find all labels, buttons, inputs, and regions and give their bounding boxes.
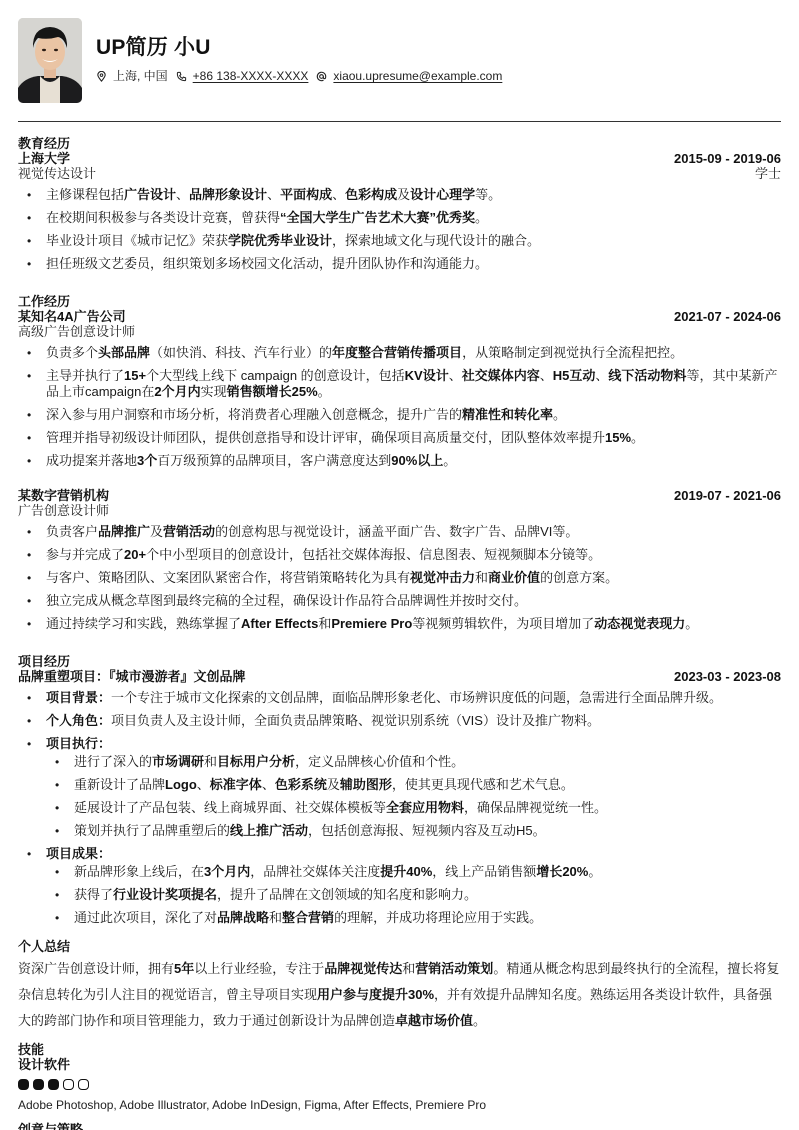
emphasis-text: 色彩构成: [345, 187, 397, 202]
text-run: 。: [685, 616, 698, 631]
project-name: 品牌重塑项目：『城市漫游者』文创品牌: [18, 669, 246, 684]
text-run: 获得了: [74, 887, 113, 902]
text-run: 、: [176, 187, 189, 202]
text-run: 。: [475, 210, 488, 225]
emphasis-text: 线上推广活动: [230, 823, 308, 838]
emphasis-text: 线下活动物料: [608, 368, 686, 383]
text-run: 等。: [475, 187, 501, 202]
header-divider: [18, 121, 781, 122]
summary-section: 个人总结 资深广告创意设计师，拥有5年以上行业经验，专注于品牌视觉传达和营销活动…: [18, 939, 781, 1034]
skill-group-name: 设计软件: [18, 1057, 781, 1072]
text-run: 、: [449, 368, 462, 383]
job-bullets: 负责多个头部品牌（如快消、科技、汽车行业）的年度整合营销传播项目，从策略制定到视…: [18, 345, 781, 469]
text-run: 。: [553, 407, 566, 422]
sub-bullet-item: 获得了行业设计奖项提名，提升了品牌在文创领域的知名度和影响力。: [46, 887, 781, 903]
company-name: 某数字营销机构: [18, 488, 109, 503]
candidate-name: UP简历 小U: [96, 35, 510, 61]
contact-location: 上海, 中国: [96, 68, 168, 84]
email-link[interactable]: xiaou.upresume@example.com: [333, 68, 502, 84]
text-run: 重新设计了品牌: [74, 777, 165, 792]
education-bullets: 主修课程包括广告设计、品牌形象设计、平面构成、色彩构成及设计心理学等。在校期间积…: [18, 187, 781, 272]
at-icon: [316, 71, 327, 82]
text-run: 及: [397, 187, 410, 202]
text-run: 。: [318, 384, 331, 399]
project-item-label: 项目成果：: [46, 846, 111, 861]
job-role: 高级广告创意设计师: [18, 324, 781, 339]
emphasis-text: “全国大学生广告艺术大赛”优秀奖: [280, 210, 475, 225]
emphasis-text: 90%以上: [391, 453, 443, 468]
school-name: 上海大学: [18, 151, 70, 166]
role-title: 广告创意设计师: [18, 503, 109, 518]
skill-list: Adobe Photoshop, Adobe Illustrator, Adob…: [18, 1097, 781, 1113]
emphasis-text: 标准字体: [210, 777, 262, 792]
contact-row: 上海, 中国 +86 138-XXXX-XXXX xiaou.upresume@…: [96, 68, 510, 84]
work-section: 工作经历 某知名4A广告公司 2021-07 - 2024-06 高级广告创意设…: [18, 294, 781, 476]
emphasis-text: 广告设计: [124, 187, 176, 202]
emphasis-text: 销售额增长25%: [227, 384, 318, 399]
bullet-item: 在校期间积极参与各类设计竞赛，曾获得“全国大学生广告艺术大赛”优秀奖。: [18, 210, 781, 226]
emphasis-text: H5互动: [553, 368, 596, 383]
text-run: 通过此次项目，深化了对: [74, 910, 217, 925]
education-entry-head: 上海大学 2015-09 - 2019-06: [18, 151, 781, 166]
text-run: 独立完成从概念草图到最终完稿的全过程，确保设计作品符合品牌调性并按时交付。: [46, 593, 527, 608]
emphasis-text: 年度整合营销传播项目: [332, 345, 462, 360]
section-title: 工作经历: [18, 294, 781, 309]
skill-group-name: 创意与策略: [18, 1122, 781, 1130]
text-run: 个大型线上线下 campaign 的创意设计，包括: [146, 368, 405, 383]
sub-bullets: 进行了深入的市场调研和目标用户分析，定义品牌核心价值和个性。重新设计了品牌Log…: [46, 754, 781, 839]
emphasis-text: 行业设计奖项提名: [113, 887, 217, 902]
text-run: 及: [150, 524, 163, 539]
emphasis-text: 设计心理学: [410, 187, 475, 202]
project-item-label: 项目背景：: [46, 690, 111, 705]
phone-link[interactable]: +86 138-XXXX-XXXX: [193, 68, 309, 84]
job-entry-head: 某知名4A广告公司 2021-07 - 2024-06: [18, 309, 781, 324]
emphasis-text: 20+: [124, 547, 146, 562]
contact-email: xiaou.upresume@example.com: [316, 68, 502, 84]
text-run: ，定义品牌核心价值和个性。: [295, 754, 464, 769]
sub-bullet-item: 进行了深入的市场调研和目标用户分析，定义品牌核心价值和个性。: [46, 754, 781, 770]
project-entry-head: 品牌重塑项目：『城市漫游者』文创品牌 2023-03 - 2023-08: [18, 669, 781, 684]
text-run: 、: [197, 777, 210, 792]
text-run: 和: [402, 961, 415, 976]
education-section: 教育经历 上海大学 2015-09 - 2019-06 视觉传达设计 学士 主修…: [18, 136, 781, 279]
emphasis-text: KV设计: [405, 368, 449, 383]
emphasis-text: 学院优秀毕业设计: [228, 233, 332, 248]
resume-page: UP简历 小U 上海, 中国 +86 138-XXXX-XXXX xiaou.u…: [18, 18, 781, 104]
emphasis-text: 全套应用物料: [386, 800, 464, 815]
text-run: 等视频剪辑软件，为项目增加了: [412, 616, 594, 631]
text-run: 和: [475, 570, 488, 585]
text-run: 、: [540, 368, 553, 383]
text-run: 策划并执行了品牌重塑后的: [74, 823, 230, 838]
text-run: 进行了深入的: [74, 754, 152, 769]
emphasis-text: 营销活动策划: [415, 961, 493, 976]
bullet-item: 参与并完成了20+个中小型项目的创意设计，包括社交媒体海报、信息图表、短视频脚本…: [18, 547, 781, 563]
degree: 学士: [755, 166, 781, 181]
text-run: 实现: [201, 384, 227, 399]
text-run: 通过持续学习和实践，熟练掌握了: [46, 616, 241, 631]
rating-dot-empty-icon: [63, 1079, 74, 1090]
job-date: 2021-07 - 2024-06: [674, 309, 781, 324]
bullet-item: 深入参与用户洞察和市场分析，将消费者心理融入创意概念，提升广告的精准性和转化率。: [18, 407, 781, 423]
project-item-label: 项目执行：: [46, 736, 111, 751]
education-sub: 视觉传达设计 学士: [18, 166, 781, 181]
project-item: 项目背景：一个专注于城市文化探索的文创品牌，面临品牌形象老化、市场辨识度低的问题…: [18, 690, 781, 706]
project-section: 项目经历 品牌重塑项目：『城市漫游者』文创品牌 2023-03 - 2023-0…: [18, 654, 781, 933]
job-entry-head: 某数字营销机构 2019-07 - 2021-06: [18, 488, 781, 503]
emphasis-text: 社交媒体内容: [462, 368, 540, 383]
text-run: 、: [262, 777, 275, 792]
emphasis-text: 市场调研: [152, 754, 204, 769]
bullet-item: 成功提案并落地3个百万级预算的品牌项目，客户满意度达到90%以上。: [18, 453, 781, 469]
phone-icon: [176, 71, 187, 82]
emphasis-text: 增长20%: [536, 864, 588, 879]
contact-phone: +86 138-XXXX-XXXX: [176, 68, 309, 84]
text-run: （如快消、科技、汽车行业）的: [150, 345, 332, 360]
emphasis-text: 5年: [174, 961, 194, 976]
bullet-item: 主导并执行了15+个大型线上线下 campaign 的创意设计，包括KV设计、社…: [18, 368, 781, 400]
emphasis-text: 营销活动: [163, 524, 215, 539]
emphasis-text: 3个月内: [204, 864, 250, 879]
bullet-item: 担任班级文艺委员，组织策划多场校园文化活动，提升团队协作和沟通能力。: [18, 256, 781, 272]
emphasis-text: 3个: [137, 453, 157, 468]
bullet-item: 与客户、策略团队、文案团队紧密合作，将营销策略转化为具有视觉冲击力和商业价值的创…: [18, 570, 781, 586]
skill-rating: [18, 1079, 781, 1090]
emphasis-text: 精准性和转化率: [462, 407, 553, 422]
text-run: 。: [631, 430, 644, 445]
section-title: 个人总结: [18, 939, 781, 954]
work-entry-2: 某数字营销机构 2019-07 - 2021-06 广告创意设计师 负责客户品牌…: [18, 488, 781, 639]
emphasis-text: 平面构成: [280, 187, 332, 202]
skills-section: 技能 设计软件 Adobe Photoshop, Adobe Illustrat…: [18, 1042, 781, 1130]
emphasis-text: 商业价值: [488, 570, 540, 585]
project-item: 个人角色：项目负责人及主设计师，全面负责品牌策略、视觉识别系统（VIS）设计及推…: [18, 713, 781, 729]
text-run: 。: [588, 864, 601, 879]
emphasis-text: 15+: [124, 368, 146, 383]
text-run: 担任班级文艺委员，组织策划多场校园文化活动，提升团队协作和沟通能力。: [46, 256, 488, 271]
sub-bullet-item: 重新设计了品牌Logo、标准字体、色彩系统及辅助图形，使其更具现代感和艺术气息。: [46, 777, 781, 793]
text-run: 资深广告创意设计师，拥有: [18, 961, 174, 976]
text-run: 和: [318, 616, 331, 631]
emphasis-text: 头部品牌: [98, 345, 150, 360]
text-run: 和: [204, 754, 217, 769]
emphasis-text: 色彩系统: [275, 777, 327, 792]
location-text: 上海, 中国: [113, 68, 168, 84]
emphasis-text: 目标用户分析: [217, 754, 295, 769]
project-item: 项目执行：进行了深入的市场调研和目标用户分析，定义品牌核心价值和个性。重新设计了…: [18, 736, 781, 839]
project-bullets: 项目背景：一个专注于城市文化探索的文创品牌，面临品牌形象老化、市场辨识度低的问题…: [18, 690, 781, 926]
text-run: 、: [595, 368, 608, 383]
text-run: 参与并完成了: [46, 547, 124, 562]
text-run: 。: [443, 453, 456, 468]
text-run: 管理并指导初级设计师团队，提供创意指导和设计评审，确保项目高质量交付，团队整体效…: [46, 430, 605, 445]
job-date: 2019-07 - 2021-06: [674, 488, 781, 503]
sub-bullet-item: 新品牌形象上线后，在3个月内，品牌社交媒体关注度提升40%，线上产品销售额增长2…: [46, 864, 781, 880]
resume-header: UP简历 小U 上海, 中国 +86 138-XXXX-XXXX xiaou.u…: [18, 18, 781, 104]
bullet-item: 独立完成从概念草图到最终完稿的全过程，确保设计作品符合品牌调性并按时交付。: [18, 593, 781, 609]
text-run: ，包括创意海报、短视频内容及互动H5。: [308, 823, 546, 838]
header-info: UP简历 小U 上海, 中国 +86 138-XXXX-XXXX xiaou.u…: [96, 18, 510, 84]
text-run: 负责客户: [46, 524, 98, 539]
text-run: 延展设计了产品包装、线上商城界面、社交媒体模板等: [74, 800, 386, 815]
text-run: 的理解，并成功将理论应用于实践。: [334, 910, 542, 925]
sub-bullet-item: 延展设计了产品包装、线上商城界面、社交媒体模板等全套应用物料，确保品牌视觉统一性…: [46, 800, 781, 816]
bullet-item: 负责客户品牌推广及营销活动的创意构思与视觉设计，涵盖平面广告、数字广告、品牌VI…: [18, 524, 781, 540]
rating-dot-filled-icon: [33, 1079, 44, 1090]
bullet-item: 通过持续学习和实践，熟练掌握了After Effects和Premiere Pr…: [18, 616, 781, 632]
bullet-item: 管理并指导初级设计师团队，提供创意指导和设计评审，确保项目高质量交付，团队整体效…: [18, 430, 781, 446]
sub-bullet-item: 通过此次项目，深化了对品牌战略和整合营销的理解，并成功将理论应用于实践。: [46, 910, 781, 926]
emphasis-text: 卓越市场价值: [395, 1013, 473, 1028]
emphasis-text: Premiere Pro: [331, 616, 412, 631]
role-title: 高级广告创意设计师: [18, 324, 135, 339]
text-run: 负责多个: [46, 345, 98, 360]
emphasis-text: 品牌战略: [217, 910, 269, 925]
emphasis-text: 品牌形象设计: [189, 187, 267, 202]
text-run: 主修课程包括: [46, 187, 124, 202]
text-run: 。: [473, 1013, 486, 1028]
emphasis-text: 提升40%: [380, 864, 432, 879]
education-date: 2015-09 - 2019-06: [674, 151, 781, 166]
emphasis-text: After Effects: [241, 616, 318, 631]
rating-dot-filled-icon: [48, 1079, 59, 1090]
text-run: ，确保品牌视觉统一性。: [464, 800, 607, 815]
emphasis-text: 品牌视觉传达: [324, 961, 402, 976]
map-pin-icon: [96, 71, 107, 82]
sub-bullet-item: 策划并执行了品牌重塑后的线上推广活动，包括创意海报、短视频内容及互动H5。: [46, 823, 781, 839]
job-bullets: 负责客户品牌推广及营销活动的创意构思与视觉设计，涵盖平面广告、数字广告、品牌VI…: [18, 524, 781, 632]
text-run: 的创意方案。: [540, 570, 618, 585]
text-run: 与客户、策略团队、文案团队紧密合作，将营销策略转化为具有: [46, 570, 410, 585]
emphasis-text: 视觉冲击力: [410, 570, 475, 585]
text-run: 以上行业经验，专注于: [194, 961, 324, 976]
text-run: ，品牌社交媒体关注度: [250, 864, 380, 879]
text-run: 、: [332, 187, 345, 202]
text-run: 深入参与用户洞察和市场分析，将消费者心理融入创意概念，提升广告的: [46, 407, 462, 422]
profile-photo: [18, 18, 82, 103]
text-run: 主导并执行了: [46, 368, 124, 383]
emphasis-text: 辅助图形: [340, 777, 392, 792]
text-run: 和: [269, 910, 282, 925]
company-name: 某知名4A广告公司: [18, 309, 126, 324]
text-run: 在校期间积极参与各类设计竞赛，曾获得: [46, 210, 280, 225]
bullet-item: 负责多个头部品牌（如快消、科技、汽车行业）的年度整合营销传播项目，从策略制定到视…: [18, 345, 781, 361]
project-item: 项目成果：新品牌形象上线后，在3个月内，品牌社交媒体关注度提升40%，线上产品销…: [18, 846, 781, 926]
sub-bullets: 新品牌形象上线后，在3个月内，品牌社交媒体关注度提升40%，线上产品销售额增长2…: [46, 864, 781, 926]
emphasis-text: 品牌推广: [98, 524, 150, 539]
text-run: ，从策略制定到视觉执行全流程把控。: [462, 345, 683, 360]
text-run: 、: [267, 187, 280, 202]
text-run: 成功提案并落地: [46, 453, 137, 468]
emphasis-text: 动态视觉表现力: [594, 616, 685, 631]
text-run: 毕业设计项目《城市记忆》荣获: [46, 233, 228, 248]
emphasis-text: 用户参与度提升30%: [317, 987, 434, 1002]
emphasis-text: Logo: [165, 777, 197, 792]
emphasis-text: 15%: [605, 430, 631, 445]
project-item-text: 项目负责人及主设计师，全面负责品牌策略、视觉识别系统（VIS）设计及推广物料。: [111, 713, 600, 728]
rating-dot-filled-icon: [18, 1079, 29, 1090]
section-title: 技能: [18, 1042, 781, 1057]
text-run: ，探索地域文化与现代设计的融合。: [332, 233, 540, 248]
job-role: 广告创意设计师: [18, 503, 781, 518]
bullet-item: 毕业设计项目《城市记忆》荣获学院优秀毕业设计，探索地域文化与现代设计的融合。: [18, 233, 781, 249]
emphasis-text: 2个月内: [154, 384, 200, 399]
project-item-label: 个人角色：: [46, 713, 111, 728]
text-run: 百万级预算的品牌项目，客户满意度达到: [157, 453, 391, 468]
text-run: 新品牌形象上线后，在: [74, 864, 204, 879]
summary-text: 资深广告创意设计师，拥有5年以上行业经验，专注于品牌视觉传达和营销活动策划。精通…: [18, 956, 781, 1034]
text-run: 的创意构思与视觉设计，涵盖平面广告、数字广告、品牌VI等。: [215, 524, 578, 539]
text-run: 个中小型项目的创意设计，包括社交媒体海报、信息图表、短视频脚本分镜等。: [146, 547, 601, 562]
project-item-text: 一个专注于城市文化探索的文创品牌，面临品牌形象老化、市场辨识度低的问题，急需进行…: [111, 690, 722, 705]
text-run: ，线上产品销售额: [432, 864, 536, 879]
text-run: ，提升了品牌在文创领域的知名度和影响力。: [217, 887, 477, 902]
emphasis-text: 整合营销: [282, 910, 334, 925]
text-run: 及: [327, 777, 340, 792]
project-date: 2023-03 - 2023-08: [674, 669, 781, 684]
section-title: 项目经历: [18, 654, 781, 669]
text-run: ，使其更具现代感和艺术气息。: [392, 777, 574, 792]
section-title: 教育经历: [18, 136, 781, 151]
major: 视觉传达设计: [18, 166, 96, 181]
bullet-item: 主修课程包括广告设计、品牌形象设计、平面构成、色彩构成及设计心理学等。: [18, 187, 781, 203]
rating-dot-empty-icon: [78, 1079, 89, 1090]
